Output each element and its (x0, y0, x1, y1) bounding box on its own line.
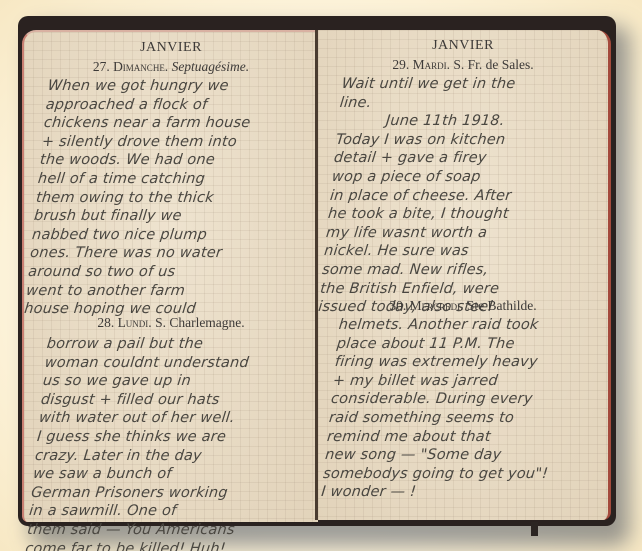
hand-line: detail + gave a firey (333, 149, 605, 168)
hand-line: considerable. During every (330, 390, 602, 409)
hand-line: When we got hungry we (47, 77, 323, 96)
day-header-30: 30. Mercredi. Ste Bathilde. (318, 298, 608, 314)
hand-line: ones. There was no water (29, 244, 305, 263)
handwritten-entry-28: borrow a pail but the woman couldnt unde… (24, 335, 321, 551)
hand-line: somebodys going to get you"! (322, 465, 594, 484)
handwritten-entry-27: When we got hungry we approached a flock… (23, 77, 322, 319)
hand-line: them owing to the thick (35, 189, 311, 208)
hand-line: disgust + filled our hats (40, 391, 316, 410)
hand-line: some mad. New rifles, (321, 261, 593, 280)
hand-line: helmets. Another raid took (338, 316, 610, 335)
hand-line: remind me about that (326, 428, 598, 447)
month-header: JANVIER (24, 40, 318, 56)
hand-line: approached a flock of (45, 96, 321, 115)
day-name: Mardi. (413, 57, 450, 72)
hand-line: in a sawmill. One of (28, 502, 304, 521)
hand-line: German Prisoners working (30, 484, 306, 503)
hand-line: I wonder — ! (320, 483, 592, 502)
hand-line: the woods. We had one (39, 151, 315, 170)
month-header: JANVIER (318, 38, 608, 54)
hand-line: raid something seems to (328, 409, 600, 428)
hand-line: them said — You Americans (26, 521, 302, 540)
left-page: JANVIER 27. Dimanche. Septuagésime. When… (22, 30, 318, 522)
day-number: 30. (389, 298, 406, 313)
day-header-29: 29. Mardi. S. Fr. de Sales. (318, 57, 608, 73)
hand-line: woman couldnt understand (44, 354, 320, 373)
bookmark-ribbon (531, 522, 538, 536)
hand-line: I guess she thinks we are (36, 428, 312, 447)
date-line: June 11th 1918. (337, 112, 609, 131)
handwritten-entry-30: helmets. Another raid took place about 1… (320, 316, 610, 502)
day-header-28: 28. Lundi. S. Charlemagne. (24, 315, 318, 331)
hand-line: around so two of us (27, 263, 303, 282)
day-name: Dimanche. (113, 59, 168, 74)
hand-line: us so we gave up in (42, 372, 318, 391)
hand-line: hell of a time catching (37, 170, 313, 189)
hand-line: firing was extremely heavy (334, 353, 606, 372)
hand-line: we saw a bunch of (32, 465, 308, 484)
hand-line: went to another farm (25, 282, 301, 301)
hand-line: place about 11 P.M. The (336, 335, 608, 354)
saint-name: S. Fr. de Sales. (453, 57, 533, 72)
day-number: 28. (97, 315, 114, 330)
hand-line: with water out of her well. (38, 409, 314, 428)
hand-line: nickel. He sure was (323, 242, 595, 261)
hand-line: nabbed two nice plump (31, 226, 307, 245)
day-number: 29. (392, 57, 409, 72)
hand-line: + my billet was jarred (332, 372, 604, 391)
hand-line: + silently drove them into (41, 133, 317, 152)
day-name: Mercredi. (410, 298, 464, 313)
day-name: Lundi. (118, 315, 152, 330)
handwritten-entry-29: Wait until we get in the line. June 11th… (317, 75, 612, 317)
hand-line: my life wasnt worth a (325, 224, 597, 243)
hand-line: in place of cheese. After (329, 187, 601, 206)
hand-line: he took a bite, I thought (327, 205, 599, 224)
saint-name: Septuagésime. (172, 59, 250, 74)
hand-line: wop a piece of soap (331, 168, 603, 187)
hand-line: chickens near a farm house (43, 114, 319, 133)
saint-name: S. Charlemagne. (155, 315, 245, 330)
hand-line: the British Enfield, were (319, 280, 591, 299)
hand-line: borrow a pail but the (46, 335, 322, 354)
hand-line: Today I was on kitchen (335, 131, 607, 150)
right-page: JANVIER 29. Mardi. S. Fr. de Sales. Wait… (318, 30, 611, 520)
hand-line: Wait until we get in the (341, 75, 613, 94)
day-header-27: 27. Dimanche. Septuagésime. (24, 59, 318, 75)
hand-line: brush but finally we (33, 207, 309, 226)
hand-line: new song — "Some day (324, 446, 596, 465)
hand-line: come far to be killed! Huh! (24, 540, 300, 551)
saint-name: Ste Bathilde. (467, 298, 537, 313)
hand-line: crazy. Later in the day (34, 447, 310, 466)
day-number: 27. (93, 59, 110, 74)
hand-line: line. (339, 94, 611, 113)
